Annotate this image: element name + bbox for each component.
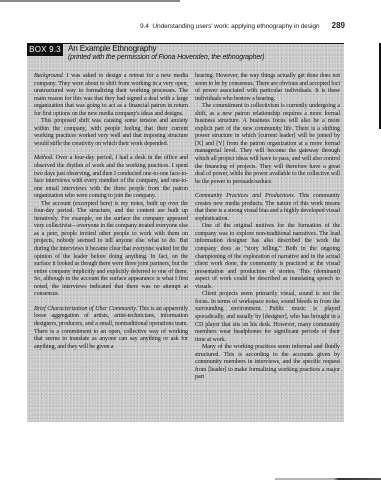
section-number: 9.4 [140, 23, 149, 30]
paragraph: Background. I was asked to design a retr… [34, 73, 188, 118]
right-column: hearing. However, the way things actuall… [195, 73, 340, 382]
paragraph-text: This is an apparently loose aggregation … [34, 306, 188, 350]
left-column: Background. I was asked to design a retr… [34, 73, 188, 351]
paragraph: Brief Characterization of Uber Community… [34, 306, 188, 351]
paragraph: One of the original motives for the form… [195, 223, 340, 291]
paragraph: Method. Over a four-day period, I had a … [34, 155, 188, 200]
section-heading-method: Method. [34, 155, 53, 161]
section-heading-practices: Community Practices and Productions. [195, 193, 295, 199]
paragraph: hearing. However, the way things actuall… [195, 73, 340, 103]
box-subtitle: (printed with the permission of Fiona Ho… [68, 53, 264, 62]
page-number: 289 [332, 21, 345, 30]
chapter-title: Understanding users' work: applying ethn… [152, 23, 319, 30]
ethnography-box: BOX 9.3 An Example Ethnography (printed … [27, 43, 344, 422]
section-heading-background: Background. [34, 73, 64, 79]
paragraph-text: Over a four-day period, I had a desk in … [34, 155, 188, 199]
paragraph-text: The account (excerpted here) is my notes… [34, 201, 188, 298]
paragraph-text: Client projects seem primarily visual, s… [195, 291, 340, 342]
paragraph-text: One of the original motives for the form… [195, 223, 340, 289]
paragraph: Many of the working practices seem infor… [195, 344, 340, 382]
top-rule [0, 0, 180, 2]
running-head: 9.4 Understanding users' work: applying … [140, 21, 345, 30]
paragraph-text: hearing. However, the way things actuall… [195, 73, 340, 102]
paragraph-text: The commitment to collectivism is curren… [195, 103, 340, 184]
paragraph: The account (excerpted here) is my notes… [34, 201, 188, 299]
paragraph: This proposed shift was causing some ten… [34, 118, 188, 148]
paragraph-text: Many of the working practices seem infor… [195, 344, 340, 380]
paragraph-text: This proposed shift was causing some ten… [34, 118, 188, 147]
paragraph: Client projects seem primarily visual, s… [195, 291, 340, 344]
paragraph: The commitment to collectivism is curren… [195, 103, 340, 186]
box-header: BOX 9.3 An Example Ethnography (printed … [27, 44, 344, 66]
box-label: BOX 9.3 [27, 44, 63, 56]
paragraph-text: I was asked to design a retreat for a ne… [34, 73, 188, 117]
section-heading-characterization: Brief Characterization of Uber Community… [34, 306, 137, 312]
paragraph: Community Practices and Productions. Thi… [195, 193, 340, 223]
running-head-title: 9.4 Understanding users' work: applying … [140, 23, 319, 30]
